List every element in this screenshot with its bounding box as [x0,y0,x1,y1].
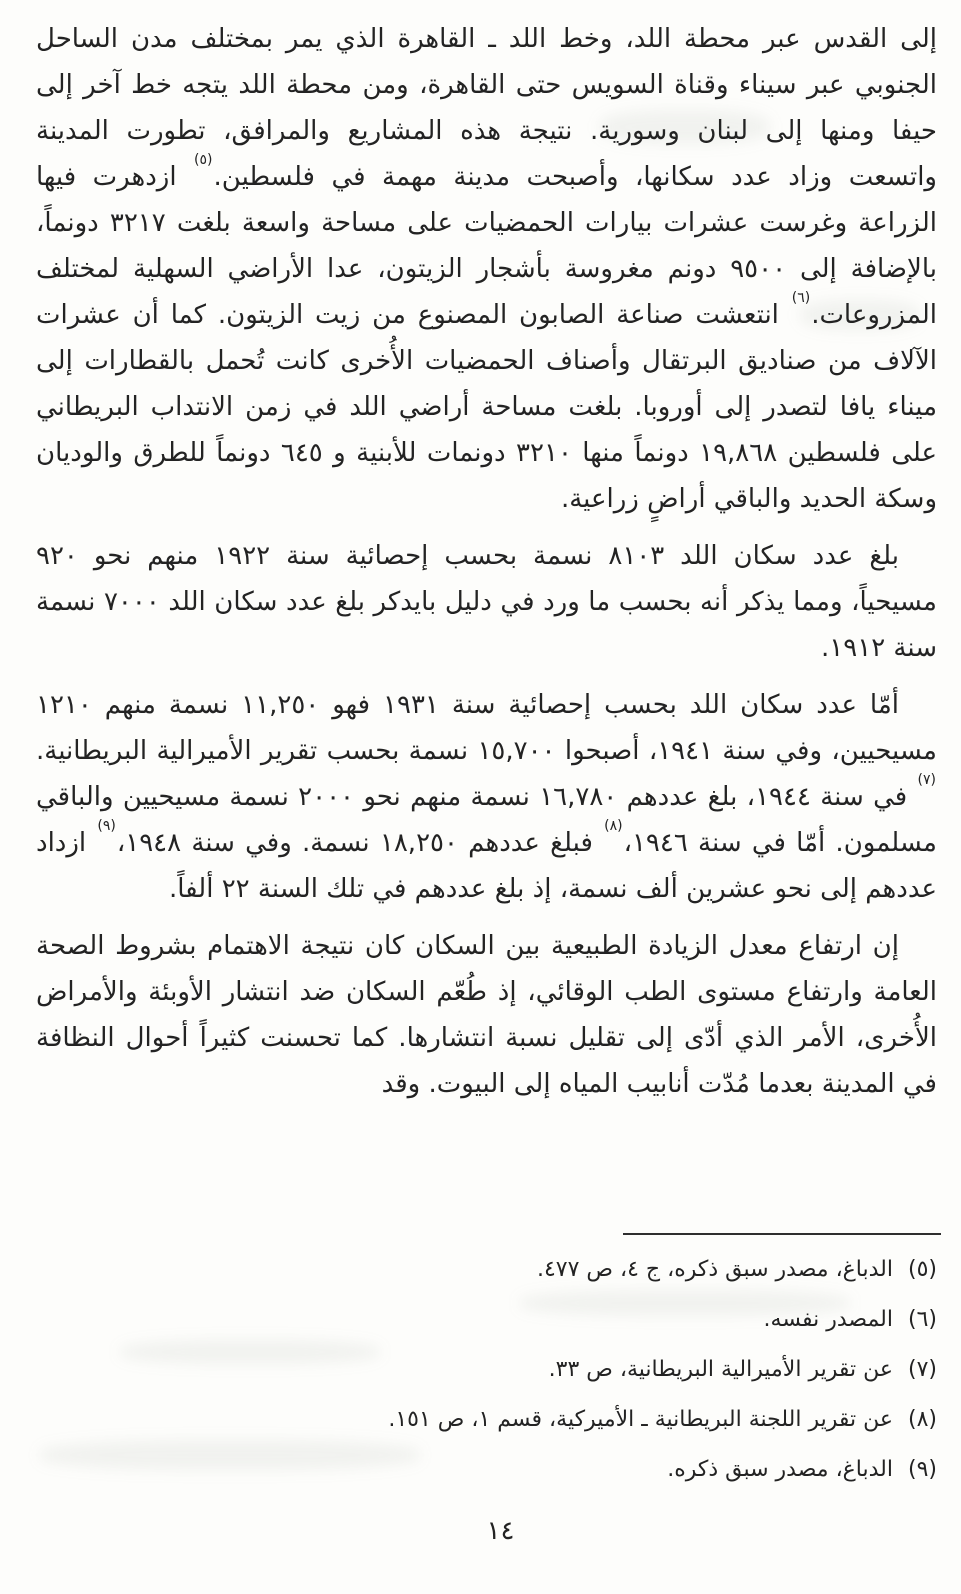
page-number: ١٤ [40,1516,961,1546]
body-text: إلى القدس عبر محطة اللد، وخط اللد ـ القا… [36,16,937,1228]
footnote-text: عن تقرير اللجنة البريطانية ـ الأميركية، … [388,1404,893,1436]
footnote-item: (٧)عن تقرير الأميرالية البريطانية، ص ٣٣. [36,1354,937,1386]
footnote-reference-marker: (٦) [792,290,810,306]
paragraph: إن ارتفاع معدل الزيادة الطبيعية بين السك… [36,923,937,1107]
footnote-reference-marker: (٥) [194,152,212,168]
footnote-text: الدباغ، مصدر سبق ذكره. [667,1454,893,1486]
footnote-reference-marker: (٧) [918,772,936,788]
footnote-text: عن تقرير الأميرالية البريطانية، ص ٣٣. [549,1354,893,1386]
scanned-book-page: إلى القدس عبر محطة اللد، وخط اللد ـ القا… [0,0,961,1594]
footnote-separator-rule [623,1233,941,1235]
footnote-reference-marker: (٩) [97,818,115,834]
footnote-text: الدباغ، مصدر سبق ذكره، ج ٤، ص ٤٧٧. [537,1254,893,1286]
footnote-item: (٥)الدباغ، مصدر سبق ذكره، ج ٤، ص ٤٧٧. [36,1254,937,1286]
footnotes-section: (٥)الدباغ، مصدر سبق ذكره، ج ٤، ص ٤٧٧.(٦)… [36,1254,937,1504]
footnote-item: (٩)الدباغ، مصدر سبق ذكره. [36,1454,937,1486]
paragraph: أمّا عدد سكان اللد بحسب إحصائية سنة ١٩٣١… [36,682,937,912]
footnote-item: (٨)عن تقرير اللجنة البريطانية ـ الأميركي… [36,1404,937,1436]
footnote-reference-marker: (٨) [604,818,622,834]
paragraph: بلغ عدد سكان اللد ٨١٠٣ نسمة بحسب إحصائية… [36,533,937,671]
footnote-number: (٥) [908,1254,937,1286]
footnote-text: المصدر نفسه. [764,1304,893,1336]
paragraph: إلى القدس عبر محطة اللد، وخط اللد ـ القا… [36,16,937,522]
footnote-number: (٧) [908,1354,937,1386]
footnote-item: (٦)المصدر نفسه. [36,1304,937,1336]
footnote-number: (٨) [908,1404,937,1436]
footnote-number: (٩) [908,1454,937,1486]
footnote-number: (٦) [908,1304,937,1336]
